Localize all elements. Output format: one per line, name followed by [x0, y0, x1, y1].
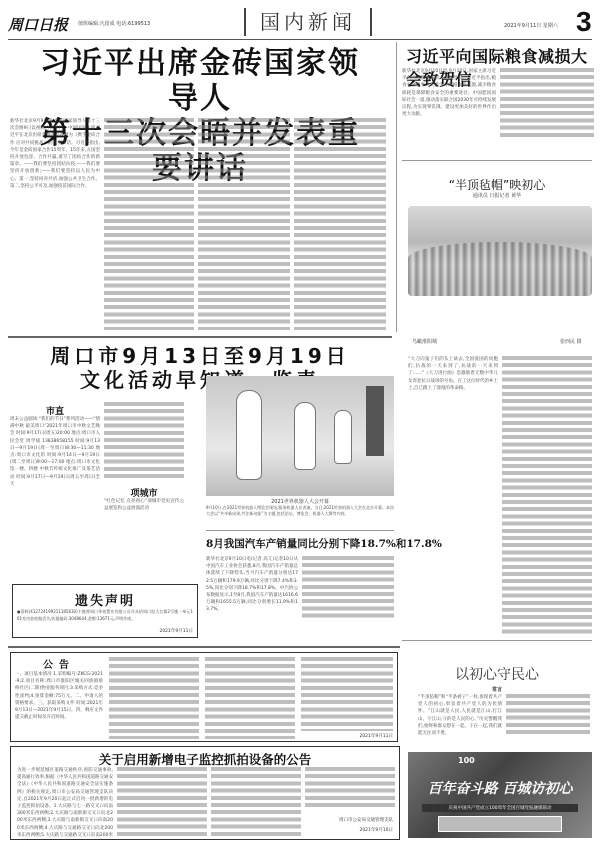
opinion-body-col1: “半顶毡帽”和“半条被子”一样,体现着共产党人的初心,彰显着共产党人的为民情怀。… — [418, 694, 502, 740]
divider — [206, 530, 394, 531]
traffic-notice-title: 关于启用新增电子监控抓拍设备的公告 — [11, 750, 399, 768]
lost-notice-title: 遗失声明 — [13, 590, 197, 609]
announcement-body-col2 — [109, 657, 199, 739]
editor-info: 值班编辑:凡留成 电话:6199513 — [78, 20, 150, 27]
lead-body-col4 — [294, 118, 386, 330]
traffic-notice-issuer: 周口市公安局交通管理支队 — [339, 817, 393, 823]
divider — [402, 160, 592, 161]
banner-subtitle: 庆祝中国共产党成立100周年全国百城党报融媒联动 — [422, 804, 578, 812]
right-top-body-col1: 新华社北京9月10日电 9月10日,国家主席习近平向国际粮食减损大会致贺信。习近… — [402, 68, 496, 140]
opinion-body-col2 — [506, 694, 590, 734]
newspaper-logo: 周口日报 — [8, 14, 68, 35]
announcement-box: 公告 一、项目基本情况 1.采购编号:ZKCG-2021-9;2.项目名称:周口… — [10, 652, 398, 742]
traffic-notice-body-col4 — [305, 767, 395, 807]
centenary-100-badge: 100 — [458, 756, 475, 765]
traffic-notice-body-col3 — [211, 767, 301, 837]
feature-headline: “半顶毡帽”映初心 — [402, 176, 592, 193]
announcement-body-col1: 一、项目基本情况 1.采购编号:ZKCG-2021-9;2.项目名称:周口市淮阳… — [15, 671, 103, 739]
centenary-banner: 100 百年奋斗路 百城访初心 庆祝中国共产党成立100周年全国百城党报融媒联动 — [408, 752, 592, 838]
auto-headline: 8月我国汽车产销量同比分别下降18.7%和17.8% — [206, 536, 394, 551]
divider — [8, 646, 400, 648]
traffic-notice-date: 2021年9月10日 — [359, 827, 393, 833]
divider — [402, 640, 592, 641]
page-number: 3 — [576, 6, 592, 38]
announcement-date: 2021年9月11日 — [359, 733, 393, 739]
feature-photo-caption: 鸟瞰淮阳城 — [412, 338, 437, 345]
feature-byline: 通讯员 日报记者 黄华 — [402, 192, 592, 199]
auto-body-col2 — [302, 556, 394, 618]
announcement-title: 公告 — [15, 656, 103, 671]
issue-date: 2021年9月11日 星期六 — [504, 22, 558, 29]
feature-body-col1: “大刀向鬼子们的头上砍去,全国爱国的同胞们,抗战的一天来到了,抗战的一天来到了…… — [408, 356, 498, 636]
culture-col2-top — [104, 402, 184, 478]
robot-caption-title: 2021世界机器人大会开幕 — [206, 498, 394, 505]
lead-body-col1: 新华社北京9月9日电 金砖国家领导人第十三次会晤9日以视频方式举行。中国国家主席… — [10, 118, 100, 330]
lost-notice-box: 遗失声明 ●薛辉(412724199211185630)不慎将周口华裕置业有限公… — [12, 584, 198, 638]
aerial-city-photo — [408, 206, 592, 296]
banner-title: 百年奋斗路 百城访初心 — [408, 778, 592, 798]
culture-title-line1: 周口市9月13日至9月19日 — [10, 344, 390, 368]
announcement-body-col3 — [205, 657, 295, 739]
announcement-body-col4 — [301, 657, 393, 731]
right-top-body-col2 — [500, 68, 594, 140]
traffic-notice-body-col2 — [117, 767, 207, 837]
lost-notice-date: 2021年9月11日 — [159, 628, 193, 634]
auto-body-col1: 新华社北京9月10日电(记者 高亢)记者10日从中国汽车工业协会获悉,8月,我国… — [206, 556, 298, 632]
traffic-notice-box: 关于启用新增电子监控抓拍设备的公告 为进一步规范城区道路交通秩序,预防交通事故,… — [10, 746, 400, 840]
lead-body-col3 — [198, 118, 290, 330]
traffic-notice-body-col1: 为进一步规范城区道路交通秩序,预防交通事故,提高通行效率,根据《中华人民共和国道… — [17, 767, 113, 837]
column-divider — [396, 42, 397, 332]
divider — [8, 336, 392, 338]
robot-photo — [206, 376, 394, 496]
lead-headline-line1: 习近平出席金砖国家领导人 — [30, 46, 370, 116]
feature-body-col2 — [502, 356, 592, 636]
section-title: 国内新闻 — [244, 8, 372, 36]
opinion-author: 常言 — [402, 686, 592, 693]
culture-shizhi-items: 周末公益剧场:“我们的节日”系列活动——“情满中秋 最美周口”2021年周口市中… — [10, 416, 100, 566]
lead-body-col2 — [104, 118, 194, 330]
masthead: 周口日报 值班编辑:凡留成 电话:6199513 国内新闻 2021年9月11日… — [8, 4, 592, 40]
robot-caption-body: 9月10日,在2021世界机器人博览会现场,服务机器人在表演。当日,2021世界… — [206, 505, 394, 527]
banner-info-box — [438, 816, 562, 832]
opinion-headline: 以初心守民心 — [402, 664, 592, 684]
culture-xiangcheng-items: “红色记忆 点亮初心”项城市党史宣传公益展览和公益展演活动 — [104, 498, 184, 568]
feature-photo-credit: 张西民 摄 — [560, 338, 582, 345]
